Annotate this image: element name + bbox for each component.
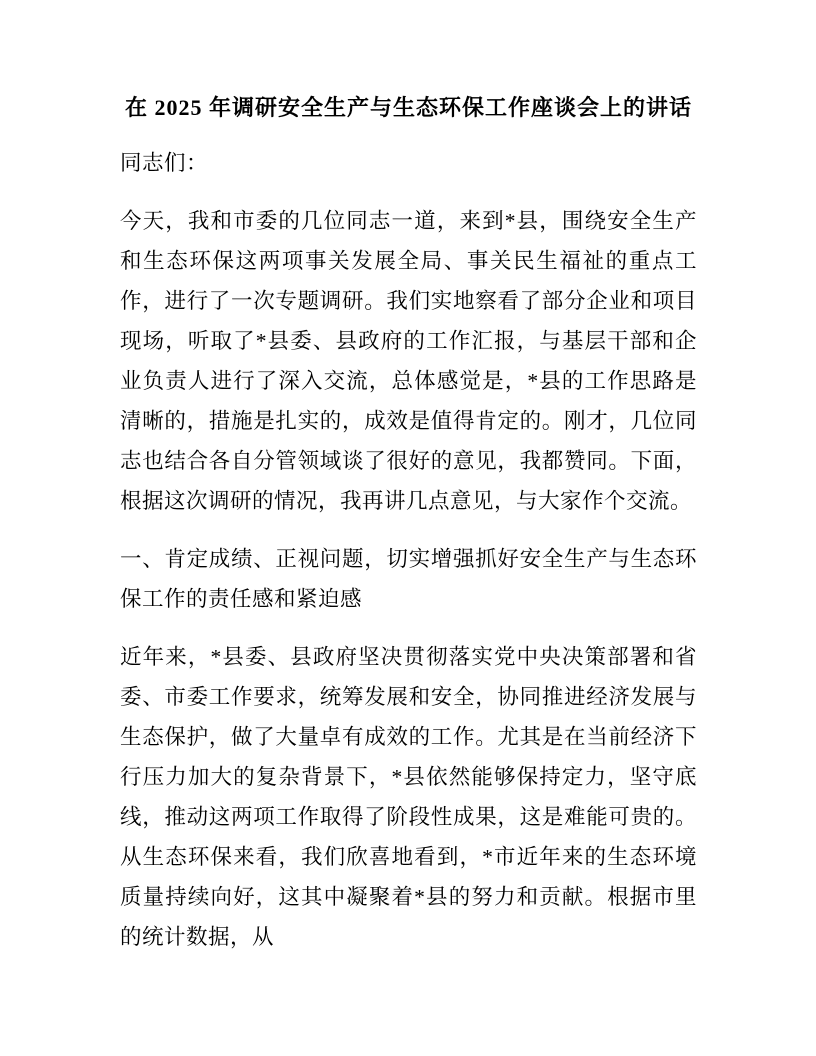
paragraph-introduction: 今天，我和市委的几位同志一道，来到*县，围绕安全生产和生态环保这两项事关发展全局… — [120, 201, 697, 521]
salutation: 同志们： — [120, 143, 697, 183]
document-title: 在 2025 年调研安全生产与生态环保工作座谈会上的讲话 — [120, 94, 697, 122]
section-heading-1: 一、肯定成绩、正视问题，切实增强抓好安全生产与生态环保工作的责任感和紧迫感 — [120, 539, 697, 619]
document-page: 在 2025 年调研安全生产与生态环保工作座谈会上的讲话 同志们： 今天，我和市… — [0, 0, 816, 1056]
paragraph-achievements: 近年来，*县委、县政府坚决贯彻落实党中央决策部署和省委、市委工作要求，统筹发展和… — [120, 637, 697, 957]
